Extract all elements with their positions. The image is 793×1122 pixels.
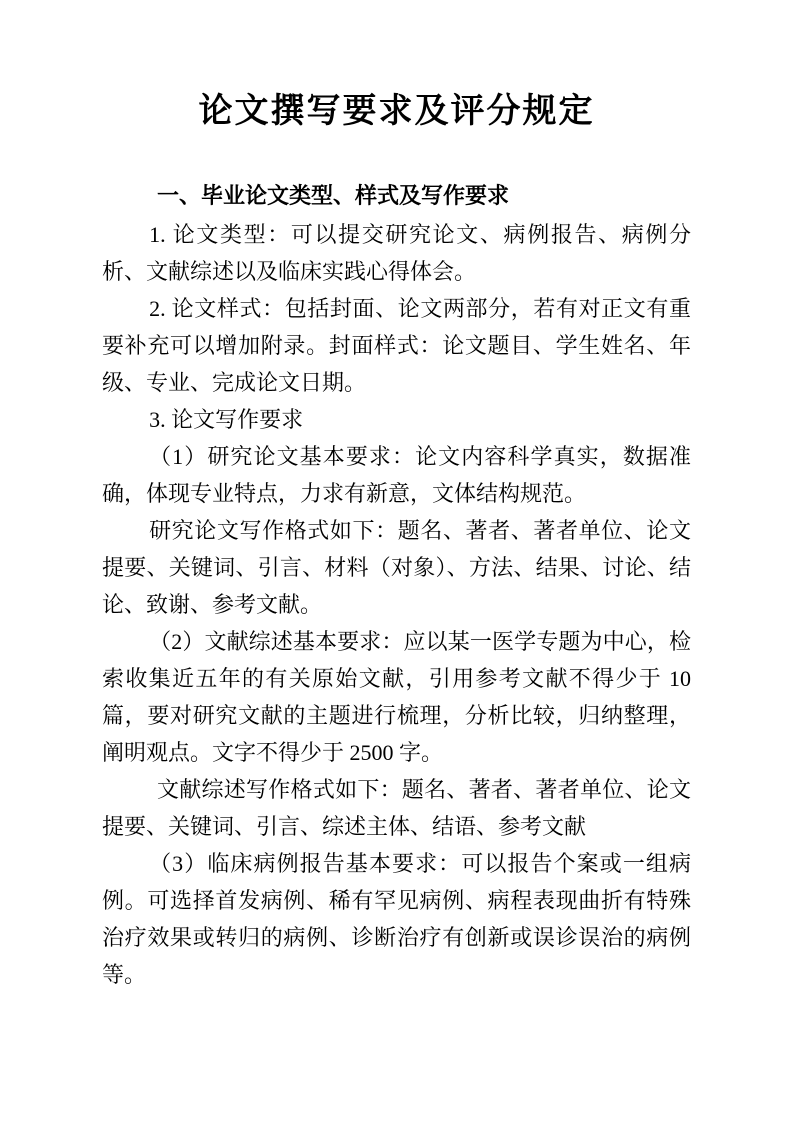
paragraph-writing-requirements: 3. 论文写作要求 [102, 401, 691, 438]
document-title: 论文撰写要求及评分规定 [102, 87, 691, 137]
paragraph-thesis-format: 2. 论文样式：包括封面、论文两部分，若有对正文有重要补充可以增加附录。封面样式… [102, 290, 691, 401]
document-body: 1. 论文类型：可以提交研究论文、病例报告、病例分析、文献综述以及临床实践心得体… [102, 216, 691, 993]
paragraph-thesis-types: 1. 论文类型：可以提交研究论文、病例报告、病例分析、文献综述以及临床实践心得体… [102, 216, 691, 290]
paragraph-research-paper-requirements: （1）研究论文基本要求：论文内容科学真实，数据准确，体现专业特点，力求有新意，文… [102, 438, 691, 512]
paragraph-literature-review-requirements: （2）文献综述基本要求：应以某一医学专题为中心，检索收集近五年的有关原始文献，引… [102, 623, 691, 771]
paragraph-case-report-requirements: （3）临床病例报告基本要求：可以报告个案或一组病例。可选择首发病例、稀有罕见病例… [102, 845, 691, 993]
paragraph-research-paper-structure: 研究论文写作格式如下：题名、著者、著者单位、论文提要、关键词、引言、材料（对象）… [102, 512, 691, 623]
document-page: 论文撰写要求及评分规定 一、毕业论文类型、样式及写作要求 1. 论文类型：可以提… [0, 0, 793, 1122]
paragraph-literature-review-structure: 文献综述写作格式如下：题名、著者、著者单位、论文提要、关键词、引言、综述主体、结… [102, 771, 691, 845]
section-heading: 一、毕业论文类型、样式及写作要求 [102, 177, 691, 214]
